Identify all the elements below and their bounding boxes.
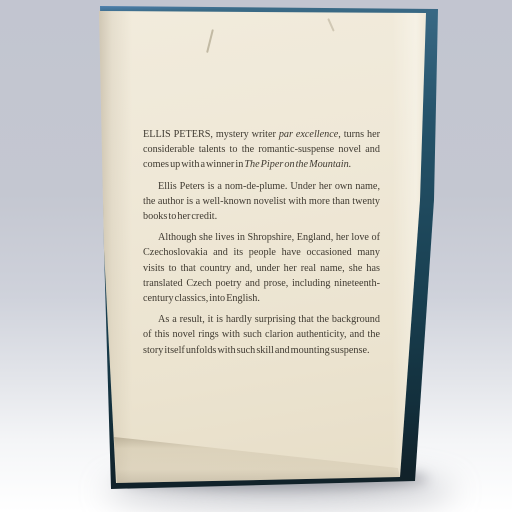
blurb-text: considerable talents to the romantic-sus…: [143, 144, 380, 155]
text-line: of this novel rings with such clarion au…: [143, 327, 380, 342]
text-line: the author is a well-known novelist with…: [143, 194, 380, 209]
text-line: translated Czech poetry and prose, inclu…: [143, 276, 380, 291]
text-line: Although she lives in Shropshire, Englan…: [143, 230, 380, 245]
book-title-italic: The Piper on the Mountain.: [244, 159, 351, 170]
text-line: Czechoslovakia and its people have occas…: [143, 245, 380, 260]
blurb-text-italic: par excellence: [279, 129, 338, 140]
blurb-text: , turns her: [338, 129, 380, 140]
text-line: ELLIS PETERS, mystery writer par excelle…: [143, 127, 380, 142]
blurb-paragraph: As a result, it is hardly surprising tha…: [143, 312, 380, 358]
blurb-text: the author is a well-known novelist with…: [143, 196, 380, 207]
blurb-text: of this novel rings with such clarion au…: [143, 329, 380, 340]
blurb-text: As a result, it is hardly surprising tha…: [158, 314, 380, 325]
text-line: comes up with a winner in The Piper on t…: [143, 157, 380, 172]
text-line: As a result, it is hardly surprising tha…: [143, 312, 380, 327]
text-line: story itself unfolds with such skill and…: [143, 343, 380, 358]
blurb-text: Ellis Peters is a nom-de-plume. Under he…: [158, 181, 380, 192]
blurb-text: visits to that country and, under her re…: [143, 263, 380, 274]
blurb-text: Although she lives in Shropshire, Englan…: [158, 232, 380, 243]
book-photo: ELLIS PETERS, mystery writer par excelle…: [0, 0, 512, 512]
text-line: century classics, into English.: [143, 291, 380, 306]
blurb-text: century classics, into English.: [143, 293, 260, 304]
blurb-text: translated Czech poetry and prose, inclu…: [143, 278, 380, 289]
blurb-text: books to her credit.: [143, 211, 217, 222]
blurb-paragraph: Ellis Peters is a nom-de-plume. Under he…: [143, 179, 380, 225]
blurb-text: ELLIS PETERS, mystery writer: [143, 129, 279, 140]
blurb-paragraph: ELLIS PETERS, mystery writer par excelle…: [143, 127, 380, 173]
blurb-text: Czechoslovakia and its people have occas…: [143, 247, 380, 258]
text-line: considerable talents to the romantic-sus…: [143, 142, 380, 157]
blurb-paragraph: Although she lives in Shropshire, Englan…: [143, 230, 380, 306]
blurb-text: story itself unfolds with such skill and…: [143, 345, 370, 356]
text-line: books to her credit.: [143, 209, 380, 224]
blurb-text: comes up with a winner in: [143, 159, 244, 170]
back-cover-blurb: ELLIS PETERS, mystery writer par excelle…: [143, 127, 380, 364]
text-line: Ellis Peters is a nom-de-plume. Under he…: [143, 179, 380, 194]
text-line: visits to that country and, under her re…: [143, 261, 380, 276]
